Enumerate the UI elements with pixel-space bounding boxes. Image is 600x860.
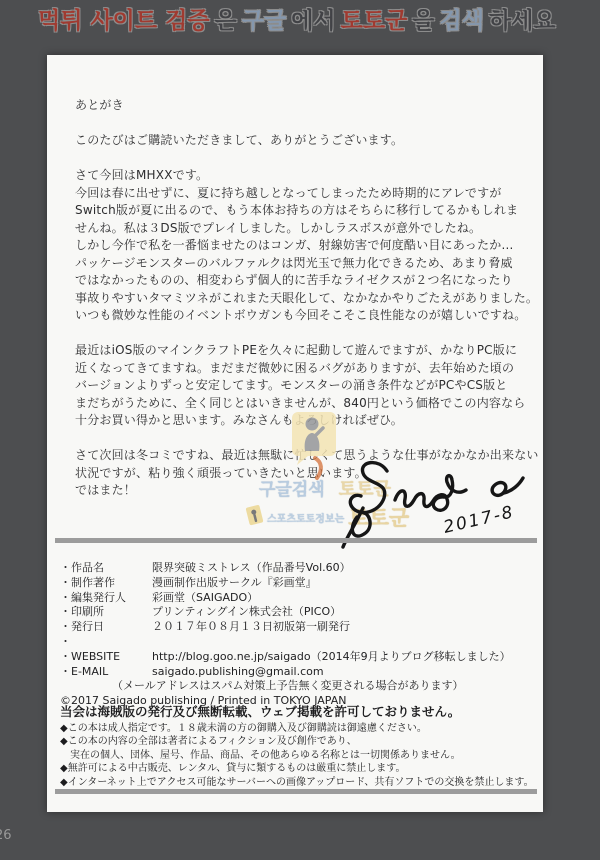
colophon-row: ・: [60, 635, 537, 650]
banner-word: 먹튀 사이트 검증: [38, 8, 210, 34]
colophon-label: ・印刷所: [60, 605, 152, 620]
colophon-label: ・: [60, 635, 152, 650]
colophon-value: ２０１７年０８月１３日初版第一刷発行: [152, 620, 537, 635]
person-in-bubble-icon: [290, 411, 338, 481]
colophon-row: ・編集発行人 彩画堂（SAIGADO）: [60, 591, 537, 606]
afterword-line: 最近はiOS版のマインクラフトPEを久々に起動して遊んでますが、かなりPC版に: [75, 342, 539, 360]
banner-word: 하세요: [489, 8, 556, 34]
warning-item: ◆インターネット上でアクセス可能なサーバーへの画像アップロード、共有ソフトでの交…: [60, 776, 541, 789]
afterword-line: ではなかったものの、相変わらず個人的に苦手なライゼクスが２つ名になったり: [75, 272, 539, 290]
afterword-line: [75, 115, 539, 133]
colophon-value: http://blog.goo.ne.jp/saigado（2014年9月よりブ…: [152, 650, 537, 665]
divider-bar-bottom: [55, 789, 537, 794]
afterword-line: 近くなってきてますね。まだまだ微妙に困るバグがありますが、去年始めた頃の: [75, 360, 539, 378]
afterword-line: しかし今作で私を一番悩ませたのはコンガ、射線妨害で何度酷い目にあったか…: [75, 237, 539, 255]
colophon-label: ・編集発行人: [60, 591, 152, 606]
colophon: ・作品名 限界突破ミストレス（作品番号Vol.60） ・制作著作 漫画制作出版サ…: [60, 561, 537, 709]
colophon-value: 彩画堂（SAIGADO）: [152, 591, 537, 606]
page-number: 26: [0, 828, 12, 843]
colophon-label: ・制作著作: [60, 576, 152, 591]
warning-item: 実在の個人、団体、屋号、作品、商品、その他あらゆる名称とは一切関係ありません。: [60, 749, 541, 762]
colophon-value: saigado.publishing@gmail.com: [152, 665, 537, 680]
signature-date: 2017-8: [442, 502, 517, 538]
afterword-line: あとがき: [75, 97, 539, 115]
afterword-line: いつも微妙な性能のイベントボウガンも今回そこそこ良性能なのが嬉しいですね。: [75, 307, 539, 325]
afterword-line: バージョンよりずっと安定してます。モンスターの涌き条件などがPCやCS版と: [75, 377, 539, 395]
afterword-line: 今回は春に出せずに、夏に持ち越しとなってしまったため時期的にアレですが: [75, 185, 539, 203]
colophon-label: ・作品名: [60, 561, 152, 576]
colophon-value: プリンティングイン株式会社（PICO）: [152, 605, 537, 620]
afterword-line: Switch版が夏に出るので、もう本体お持ちの方はそちらに移行してるかもしれま: [75, 202, 539, 220]
afterword-line: せんね。私は３DS版でプレイしました。しかしラスボスが意外でしたね。: [75, 220, 539, 238]
colophon-row: ・WEBSITE http://blog.goo.ne.jp/saigado（2…: [60, 650, 537, 665]
colophon-row: ・E-MAIL saigado.publishing@gmail.com: [60, 665, 537, 680]
afterword-line: さて今回はMHXXです。: [75, 167, 539, 185]
warnings-section: 当会は海賊版の発行及び無断転載、ウェブ掲載を許可しておりません。 ◆この本は成人…: [60, 704, 541, 789]
toto-mascot-stamp: [290, 411, 338, 485]
colophon-label: ・WEBSITE: [60, 650, 152, 665]
afterword-line: このたびはご購読いただきまして、ありがとうございます。: [75, 132, 539, 150]
afterword-line: まだちがうために、全く同じとはいきませんが、840円という価格でこの内容なら: [75, 395, 539, 413]
banner-word: 에서: [291, 8, 335, 34]
banner-word: 을: [412, 8, 434, 34]
colophon-row: ・発行日 ２０１７年０８月１３日初版第一刷発行: [60, 620, 537, 635]
afterword-line: [75, 325, 539, 343]
piracy-warning-heading: 当会は海賊版の発行及び無断転載、ウェブ掲載を許可しておりません。: [60, 704, 541, 719]
afterword-line: [75, 150, 539, 168]
warning-item: ◆無許可による中古販売、レンタル、貸与に類するものは厳重に禁止します。: [60, 762, 541, 775]
colophon-value: 限界突破ミストレス（作品番号Vol.60）: [152, 561, 537, 576]
banner-word: 은: [215, 8, 237, 34]
colophon-value: 漫画制作出版サークル『彩画堂』: [152, 576, 537, 591]
banner-word: 토토군: [341, 8, 408, 34]
afterword-line: パッケージモンスターのバルファルクは閃光玉で無力化できるため、あまり脅威: [75, 255, 539, 273]
watermark-sports-toto: 스포츠토토정보는: [267, 510, 344, 525]
divider-bar-top: [55, 538, 537, 543]
tag-icon: [244, 503, 265, 530]
warning-item: ◆この本は成人指定です。１８歳未満の方の御購入及び御購読は御遠慮ください。: [60, 722, 541, 735]
warning-item: ◆この本の内容の全部は著者によるフィクション及び創作であり、: [60, 735, 541, 748]
colophon-row: ・作品名 限界突破ミストレス（作品番号Vol.60）: [60, 561, 537, 576]
scanned-page: あとがきこのたびはご購読いただきまして、ありがとうございます。さて今回はMHXX…: [47, 55, 543, 812]
promo-banner: 먹튀 사이트 검증은구글에서토토군을검색하세요: [38, 2, 561, 35]
colophon-row: ・印刷所 プリンティングイン株式会社（PICO）: [60, 605, 537, 620]
email-change-note: （メールアドレスはスパム対策上予告無く変更される場合があります）: [60, 679, 537, 694]
colophon-label: ・E-MAIL: [60, 665, 152, 680]
colophon-label: ・発行日: [60, 620, 152, 635]
colophon-value: [152, 635, 537, 650]
banner-word: 검색: [440, 8, 484, 34]
banner-word: 구글: [242, 8, 286, 34]
afterword-line: 事故りやすいタマミツネがこれまた天眼化して、なかなかやりごたえがありました。: [75, 290, 539, 308]
colophon-row: ・制作著作 漫画制作出版サークル『彩画堂』: [60, 576, 537, 591]
watermark-google-search: 구글검색: [259, 480, 325, 500]
